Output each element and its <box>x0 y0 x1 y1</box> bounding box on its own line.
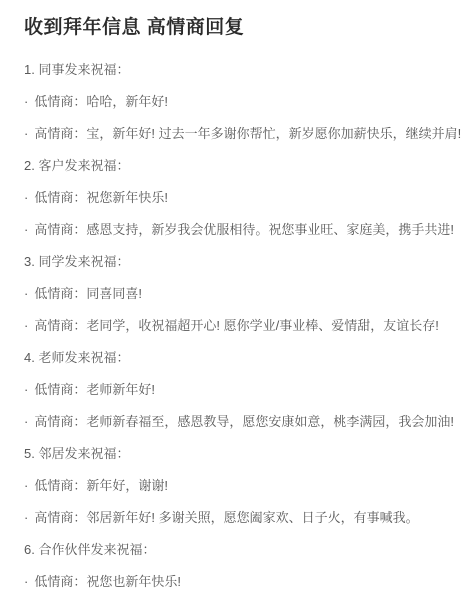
reply-text: 老师新年好! <box>86 382 155 397</box>
eq-label: 低情商： <box>34 286 86 301</box>
section: 6. 合作伙伴发来祝福： ·低情商：祝您也新年快乐! <box>24 541 447 591</box>
section-heading: 2. 客户发来祝福： <box>24 157 447 175</box>
bullet-marker: · <box>24 477 28 495</box>
reply-item: ·高情商：邻居新年好! 多谢关照，愿您阖家欢、日子火，有事喊我。 <box>24 509 447 527</box>
bullet-marker: · <box>24 285 28 303</box>
eq-label: 高情商： <box>34 318 86 333</box>
reply-item: ·低情商：祝您新年快乐! <box>24 189 447 207</box>
eq-label: 低情商： <box>34 574 86 589</box>
reply-item: ·高情商：感恩支持，新岁我会优服相待。祝您事业旺、家庭美，携手共进! <box>24 221 447 239</box>
reply-text: 感恩支持，新岁我会优服相待。祝您事业旺、家庭美，携手共进! <box>86 222 454 237</box>
section: 5. 邻居发来祝福： ·低情商：新年好，谢谢! ·高情商：邻居新年好! 多谢关照… <box>24 445 447 527</box>
reply-item: ·低情商：新年好，谢谢! <box>24 477 447 495</box>
bullet-marker: · <box>24 317 28 335</box>
reply-item: ·低情商：同喜同喜! <box>24 285 447 303</box>
reply-text: 老同学，收祝福超开心! 愿你学业/事业棒、爱情甜，友谊长存! <box>86 318 438 333</box>
eq-label: 低情商： <box>34 94 86 109</box>
reply-item: ·高情商：老同学，收祝福超开心! 愿你学业/事业棒、爱情甜，友谊长存! <box>24 317 447 335</box>
reply-text: 同喜同喜! <box>86 286 142 301</box>
reply-text: 新年好，谢谢! <box>86 478 168 493</box>
eq-label: 低情商： <box>34 382 86 397</box>
reply-item: ·低情商：老师新年好! <box>24 381 447 399</box>
section: 3. 同学发来祝福： ·低情商：同喜同喜! ·高情商：老同学，收祝福超开心! 愿… <box>24 253 447 335</box>
bullet-marker: · <box>24 573 28 591</box>
bullet-marker: · <box>24 413 28 431</box>
eq-label: 低情商： <box>34 478 86 493</box>
bullet-marker: · <box>24 189 28 207</box>
section-heading: 1. 同事发来祝福： <box>24 61 447 79</box>
reply-text: 邻居新年好! 多谢关照，愿您阖家欢、日子火，有事喊我。 <box>86 510 418 525</box>
bullet-marker: · <box>24 221 28 239</box>
reply-item: ·低情商：哈哈，新年好! <box>24 93 447 111</box>
article-page: 收到拜年信息 高情商回复 1. 同事发来祝福： ·低情商：哈哈，新年好! ·高情… <box>0 0 463 600</box>
section-heading: 3. 同学发来祝福： <box>24 253 447 271</box>
page-title: 收到拜年信息 高情商回复 <box>24 16 447 40</box>
section-heading: 5. 邻居发来祝福： <box>24 445 447 463</box>
section: 1. 同事发来祝福： ·低情商：哈哈，新年好! ·高情商：宝，新年好! 过去一年… <box>24 61 447 143</box>
eq-label: 高情商： <box>34 222 86 237</box>
section: 4. 老师发来祝福： ·低情商：老师新年好! ·高情商：老师新春福至，感恩教导，… <box>24 349 447 431</box>
reply-item: ·高情商：宝，新年好! 过去一年多谢你帮忙，新岁愿你加薪快乐，继续并肩! <box>24 125 447 143</box>
eq-label: 高情商： <box>34 126 86 141</box>
reply-item: ·低情商：祝您也新年快乐! <box>24 573 447 591</box>
bullet-marker: · <box>24 381 28 399</box>
reply-text: 哈哈，新年好! <box>86 94 168 109</box>
section-heading: 6. 合作伙伴发来祝福： <box>24 541 447 559</box>
section: 2. 客户发来祝福： ·低情商：祝您新年快乐! ·高情商：感恩支持，新岁我会优服… <box>24 157 447 239</box>
bullet-marker: · <box>24 93 28 111</box>
reply-text: 祝您也新年快乐! <box>86 574 181 589</box>
eq-label: 高情商： <box>34 414 86 429</box>
reply-text: 老师新春福至，感恩教导，愿您安康如意，桃李满园，我会加油! <box>86 414 454 429</box>
eq-label: 低情商： <box>34 190 86 205</box>
bullet-marker: · <box>24 509 28 527</box>
bullet-marker: · <box>24 125 28 143</box>
reply-item: ·高情商：老师新春福至，感恩教导，愿您安康如意，桃李满园，我会加油! <box>24 413 447 431</box>
eq-label: 高情商： <box>34 510 86 525</box>
reply-text: 祝您新年快乐! <box>86 190 168 205</box>
section-heading: 4. 老师发来祝福： <box>24 349 447 367</box>
reply-text: 宝，新年好! 过去一年多谢你帮忙，新岁愿你加薪快乐，继续并肩! <box>86 126 461 141</box>
